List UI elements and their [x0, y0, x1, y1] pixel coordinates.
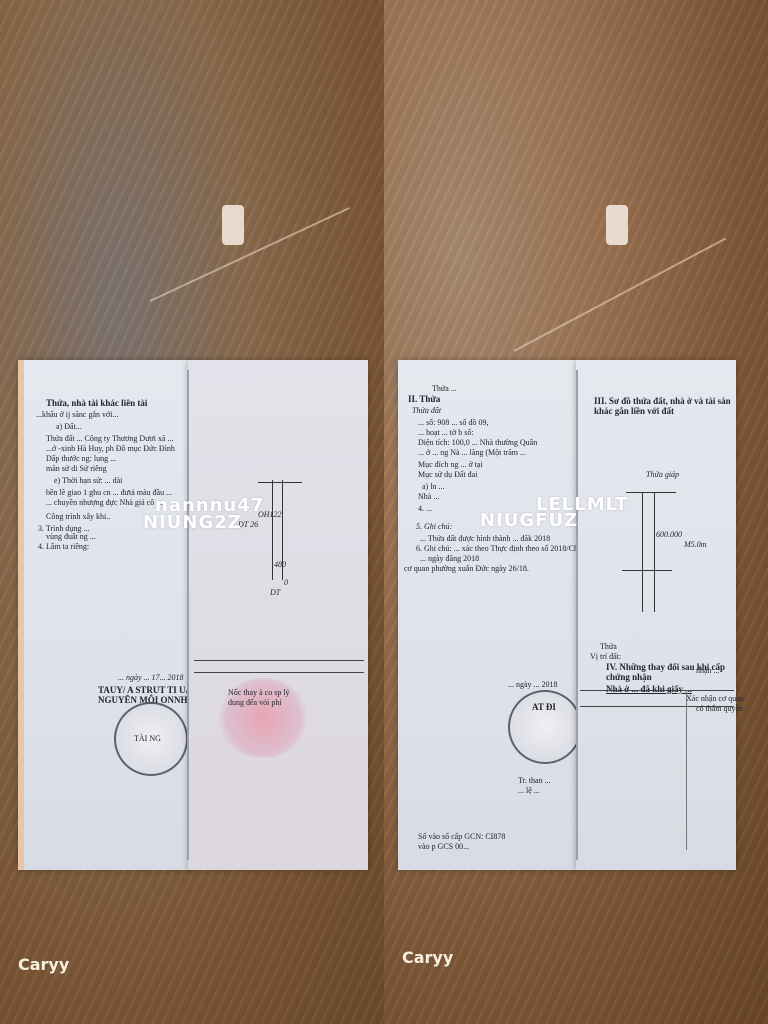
text-line: e) Thời hạn sử: ... dài	[54, 476, 122, 486]
signature-date: ... ngày ... 2018	[508, 680, 558, 690]
table-header: Xác nhận cơ quan	[686, 694, 744, 704]
plot-label: 480	[274, 560, 286, 570]
section-4-subtitle: Nhà ở ... đã khi giấy ...	[606, 684, 692, 694]
official-seal: TÀI NG	[114, 702, 188, 776]
text-line: II. Thửa	[408, 394, 440, 404]
text-line: cơ quan phường xuân Đức ngày 26/18.	[404, 564, 529, 574]
table-header: có thẩm quyền	[696, 704, 743, 714]
watermark-text: NIUGFUZ	[480, 510, 578, 531]
plot-boundary	[654, 492, 655, 612]
divider	[194, 660, 364, 661]
text-line: Dấp thước ng: lung ...	[46, 454, 116, 464]
text-line: Thửa đất ... Công ty Thương Dươi xã ...	[46, 434, 174, 444]
certificate-page-1: Thửa, nhà tài khác liên tài ...khẩu ở ij…	[18, 360, 192, 870]
text-line: Mục đích ng ... ở tại	[418, 460, 483, 470]
registration-number: vào p GCS 00...	[418, 842, 469, 852]
light-glare	[222, 205, 244, 245]
text-line: a) Đất...	[56, 422, 82, 432]
signer-name: Tr. than ...	[518, 776, 551, 786]
section-3-title: III. Sơ đồ thửa đất, nhà ở và tài sản kh…	[594, 396, 734, 416]
seal-text: TÀI NG	[134, 734, 161, 744]
text-line: Diện tích: 100,0 ... Nhà thường Quân	[418, 438, 537, 448]
registration-number: Sổ vào sổ cấp GCN: CI878	[418, 832, 505, 842]
text-line: ...ở -xinh Hà Huy, ph Đô mục Đức Đình	[46, 444, 175, 454]
seal-text: AT ĐI	[532, 702, 556, 712]
text-line: ... hoạt ... tờ b số:	[418, 428, 474, 438]
text-line: ... ở ... ng Nà ... lãng (Một trăm ...	[418, 448, 526, 458]
text-line: 4. Lâm ta riêng:	[38, 542, 89, 552]
text-line: bền lề giao 1 ghu cn ... đưtả màu đầu ..…	[46, 488, 172, 498]
official-seal: AT ĐI	[508, 690, 582, 764]
text-line: ...khẩu ở ij sãnc gắn với...	[36, 410, 118, 420]
plot-label: M5.0m	[684, 540, 706, 550]
text-line: ... Thửa đất được hình thành ... đăk 201…	[420, 534, 550, 544]
plot-boundary	[622, 570, 672, 571]
legend-item: Thửa	[600, 642, 617, 652]
plot-label: Thửa giáp	[646, 470, 679, 480]
note-text: dung đểa vói phí	[228, 698, 282, 708]
photo-left-half: Thửa, nhà tài khác liên tài ...khẩu ở ij…	[0, 0, 384, 1024]
text-line: ... số: 908 ... sổ đồ 09,	[418, 418, 488, 428]
text-line: ... ngày đăng 2018	[420, 554, 479, 564]
plot-boundary	[626, 492, 676, 493]
watermark-text: NIUNG2Z	[143, 512, 242, 533]
text-line: ... chuyền nhượng đực Nhà giá cô ...	[46, 498, 162, 508]
text-line: a) ln ...	[422, 482, 444, 492]
certificate-page-1: Thửa ... II. Thửa Thửa đất ... số: 908 .…	[398, 360, 578, 870]
text-line: 6. Ghi chú: ... xác theo Thực định theo …	[416, 544, 590, 554]
text-line: Thửa, nhà tài khác liên tài	[46, 398, 147, 408]
paper-fold	[187, 370, 189, 860]
table-column-line	[686, 690, 687, 850]
text-line: 5. Ghi chú:	[416, 522, 452, 532]
photo-right-half: Thửa ... II. Thửa Thửa đất ... số: 908 .…	[384, 0, 768, 1024]
signature-date: ... ngày ... 17... 2018	[118, 673, 184, 683]
watermark-caption: Caryy	[402, 948, 453, 967]
table-line	[580, 690, 734, 691]
paper-fold	[576, 370, 578, 860]
text-line: Nhà ...	[418, 492, 439, 502]
plot-label: 0	[284, 578, 288, 588]
plot-label: 600.000	[656, 530, 682, 540]
legend-item: Vị trí đất:	[590, 652, 621, 662]
text-line: Công trình xây khi..	[46, 512, 110, 522]
text-line: 4. ...	[418, 504, 432, 514]
plot-boundary	[272, 480, 273, 580]
text-line: Mục sử dụ Đất đai	[418, 470, 477, 480]
text-line: vùng đuât ng ...	[46, 532, 96, 542]
watermark-caption: Caryy	[18, 955, 69, 974]
text-line: Thửa ...	[432, 384, 457, 394]
certificate-page-2: III. Sơ đồ thửa đất, nhà ở và tài sản kh…	[576, 360, 736, 870]
plot-boundary	[642, 492, 643, 612]
text-line: Thửa đất	[412, 406, 441, 416]
certificate-page-2: OH122 DT 26 480 0 DT Nốc thay à co sp lý…	[188, 360, 368, 870]
light-glare	[606, 205, 628, 245]
plot-label: DT	[270, 588, 280, 598]
plot-boundary	[258, 482, 302, 483]
divider	[194, 672, 364, 673]
signer-name: ... lệ ...	[518, 786, 540, 796]
text-line: mãn sử di Sử riêng	[46, 464, 107, 474]
note-text: Nốc thay à co sp lý	[228, 688, 290, 698]
table-header: nhận ...	[696, 666, 720, 676]
